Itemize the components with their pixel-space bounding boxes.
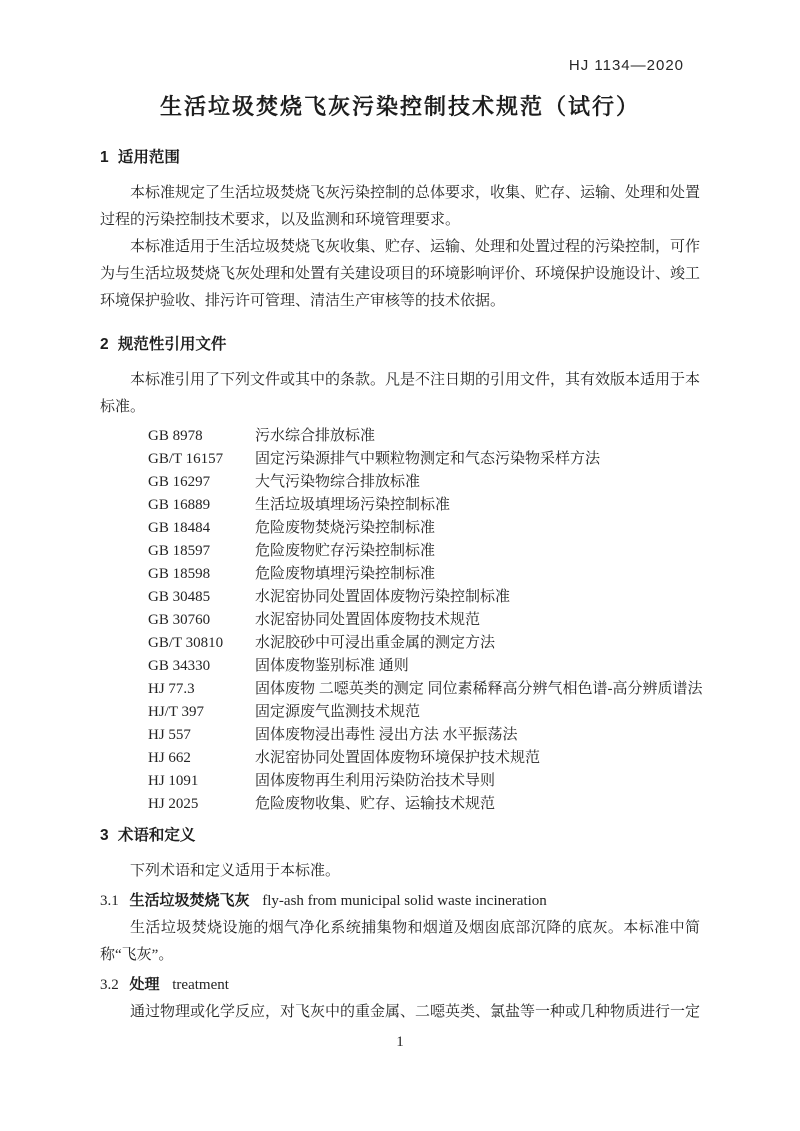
reference-code: HJ 77.3 (148, 678, 255, 701)
document-page: HJ 1134—2020 生活垃圾焚烧飞灰污染控制技术规范（试行） 1 适用范围… (0, 0, 800, 1131)
term-name-zh: 生活垃圾焚烧飞灰 (130, 892, 250, 909)
reference-title: 固定污染源排气中颗粒物测定和气态污染物采样方法 (255, 448, 700, 471)
reference-title: 水泥窑协同处置固体废物污染控制标准 (255, 586, 700, 609)
references-list: GB 8978 污水综合排放标准 GB/T 16157 固定污染源排气中颗粒物测… (100, 425, 700, 816)
reference-row: HJ 662 水泥窑协同处置固体废物环境保护技术规范 (100, 747, 700, 770)
reference-row: HJ 2025 危险废物收集、贮存、运输技术规范 (100, 793, 700, 816)
term-3-1-definition: 生活垃圾焚烧设施的烟气净化系统捕集物和烟道及烟囱底部沉降的底灰。本标准中简称“飞… (100, 915, 700, 969)
reference-row: GB 30485 水泥窑协同处置固体废物污染控制标准 (100, 586, 700, 609)
reference-row: GB 18597 危险废物贮存污染控制标准 (100, 540, 700, 563)
reference-code: HJ 557 (148, 724, 255, 747)
term-name-en: fly-ash from municipal solid waste incin… (262, 893, 547, 909)
term-name-zh: 处理 (130, 976, 160, 993)
reference-title: 固体废物再生利用污染防治技术导则 (255, 770, 700, 793)
reference-title: 固体废物浸出毒性 浸出方法 水平振荡法 (255, 724, 700, 747)
reference-row: GB 18598 危险废物填埋污染控制标准 (100, 563, 700, 586)
term-3-1-heading: 3.1 生活垃圾焚烧飞灰 fly-ash from municipal soli… (100, 887, 700, 915)
reference-code: GB 18598 (148, 563, 255, 586)
section-3-heading: 3 术语和定义 (100, 826, 700, 846)
reference-title: 固体废物 二噁英类的测定 同位素稀释高分辨气相色谱-高分辨质谱法 (255, 678, 703, 701)
section-1-paragraph-2: 本标准适用于生活垃圾焚烧飞灰收集、贮存、运输、处理和处置过程的污染控制，可作为与… (100, 234, 700, 315)
reference-title: 固定源废气监测技术规范 (255, 701, 700, 724)
term-number: 3.2 (100, 977, 119, 993)
reference-row: GB 8978 污水综合排放标准 (100, 425, 700, 448)
reference-title: 危险废物焚烧污染控制标准 (255, 517, 700, 540)
reference-row: GB 34330 固体废物鉴别标准 通则 (100, 655, 700, 678)
section-2-heading: 2 规范性引用文件 (100, 335, 700, 355)
reference-title: 危险废物填埋污染控制标准 (255, 563, 700, 586)
term-number: 3.1 (100, 893, 119, 909)
reference-code: GB 18597 (148, 540, 255, 563)
reference-title: 大气污染物综合排放标准 (255, 471, 700, 494)
page-content: 生活垃圾焚烧飞灰污染控制技术规范（试行） 1 适用范围 本标准规定了生活垃圾焚烧… (0, 0, 800, 1026)
reference-code: GB 30485 (148, 586, 255, 609)
reference-code: HJ/T 397 (148, 701, 255, 724)
reference-code: GB/T 30810 (148, 632, 255, 655)
reference-row: HJ 1091 固体废物再生利用污染防治技术导则 (100, 770, 700, 793)
section-2-intro: 本标准引用了下列文件或其中的条款。凡是不注日期的引用文件，其有效版本适用于本标准… (100, 367, 700, 421)
reference-row: GB/T 16157 固定污染源排气中颗粒物测定和气态污染物采样方法 (100, 448, 700, 471)
reference-row: GB 16889 生活垃圾填埋场污染控制标准 (100, 494, 700, 517)
reference-row: GB 30760 水泥窑协同处置固体废物技术规范 (100, 609, 700, 632)
reference-title: 生活垃圾填埋场污染控制标准 (255, 494, 700, 517)
reference-title: 水泥窑协同处置固体废物技术规范 (255, 609, 700, 632)
reference-row: HJ 77.3 固体废物 二噁英类的测定 同位素稀释高分辨气相色谱-高分辨质谱法 (100, 678, 700, 701)
reference-code: GB 16889 (148, 494, 255, 517)
reference-code: GB 30760 (148, 609, 255, 632)
reference-code: GB/T 16157 (148, 448, 255, 471)
section-1-heading: 1 适用范围 (100, 148, 700, 168)
reference-row: GB 16297 大气污染物综合排放标准 (100, 471, 700, 494)
term-3-2-heading: 3.2 处理 treatment (100, 971, 700, 999)
reference-title: 水泥窑协同处置固体废物环境保护技术规范 (255, 747, 700, 770)
reference-code: GB 18484 (148, 517, 255, 540)
section-3-intro: 下列术语和定义适用于本标准。 (100, 858, 700, 885)
reference-row: GB/T 30810 水泥胶砂中可浸出重金属的测定方法 (100, 632, 700, 655)
reference-row: GB 18484 危险废物焚烧污染控制标准 (100, 517, 700, 540)
reference-code: HJ 662 (148, 747, 255, 770)
reference-code: GB 8978 (148, 425, 255, 448)
reference-title: 固体废物鉴别标准 通则 (255, 655, 700, 678)
term-name-en: treatment (172, 977, 229, 993)
reference-title: 污水综合排放标准 (255, 425, 700, 448)
section-1-paragraph-1: 本标准规定了生活垃圾焚烧飞灰污染控制的总体要求，收集、贮存、运输、处理和处置过程… (100, 180, 700, 234)
standard-code-header: HJ 1134—2020 (569, 57, 684, 74)
reference-code: HJ 1091 (148, 770, 255, 793)
reference-title: 危险废物贮存污染控制标准 (255, 540, 700, 563)
term-3-2-definition: 通过物理或化学反应，对飞灰中的重金属、二噁英类、氯盐等一种或几种物质进行一定 (100, 999, 700, 1026)
reference-code: HJ 2025 (148, 793, 255, 816)
reference-code: GB 34330 (148, 655, 255, 678)
reference-title: 水泥胶砂中可浸出重金属的测定方法 (255, 632, 700, 655)
reference-title: 危险废物收集、贮存、运输技术规范 (255, 793, 700, 816)
reference-code: GB 16297 (148, 471, 255, 494)
reference-row: HJ 557 固体废物浸出毒性 浸出方法 水平振荡法 (100, 724, 700, 747)
reference-row: HJ/T 397 固定源废气监测技术规范 (100, 701, 700, 724)
page-number: 1 (0, 1033, 800, 1051)
